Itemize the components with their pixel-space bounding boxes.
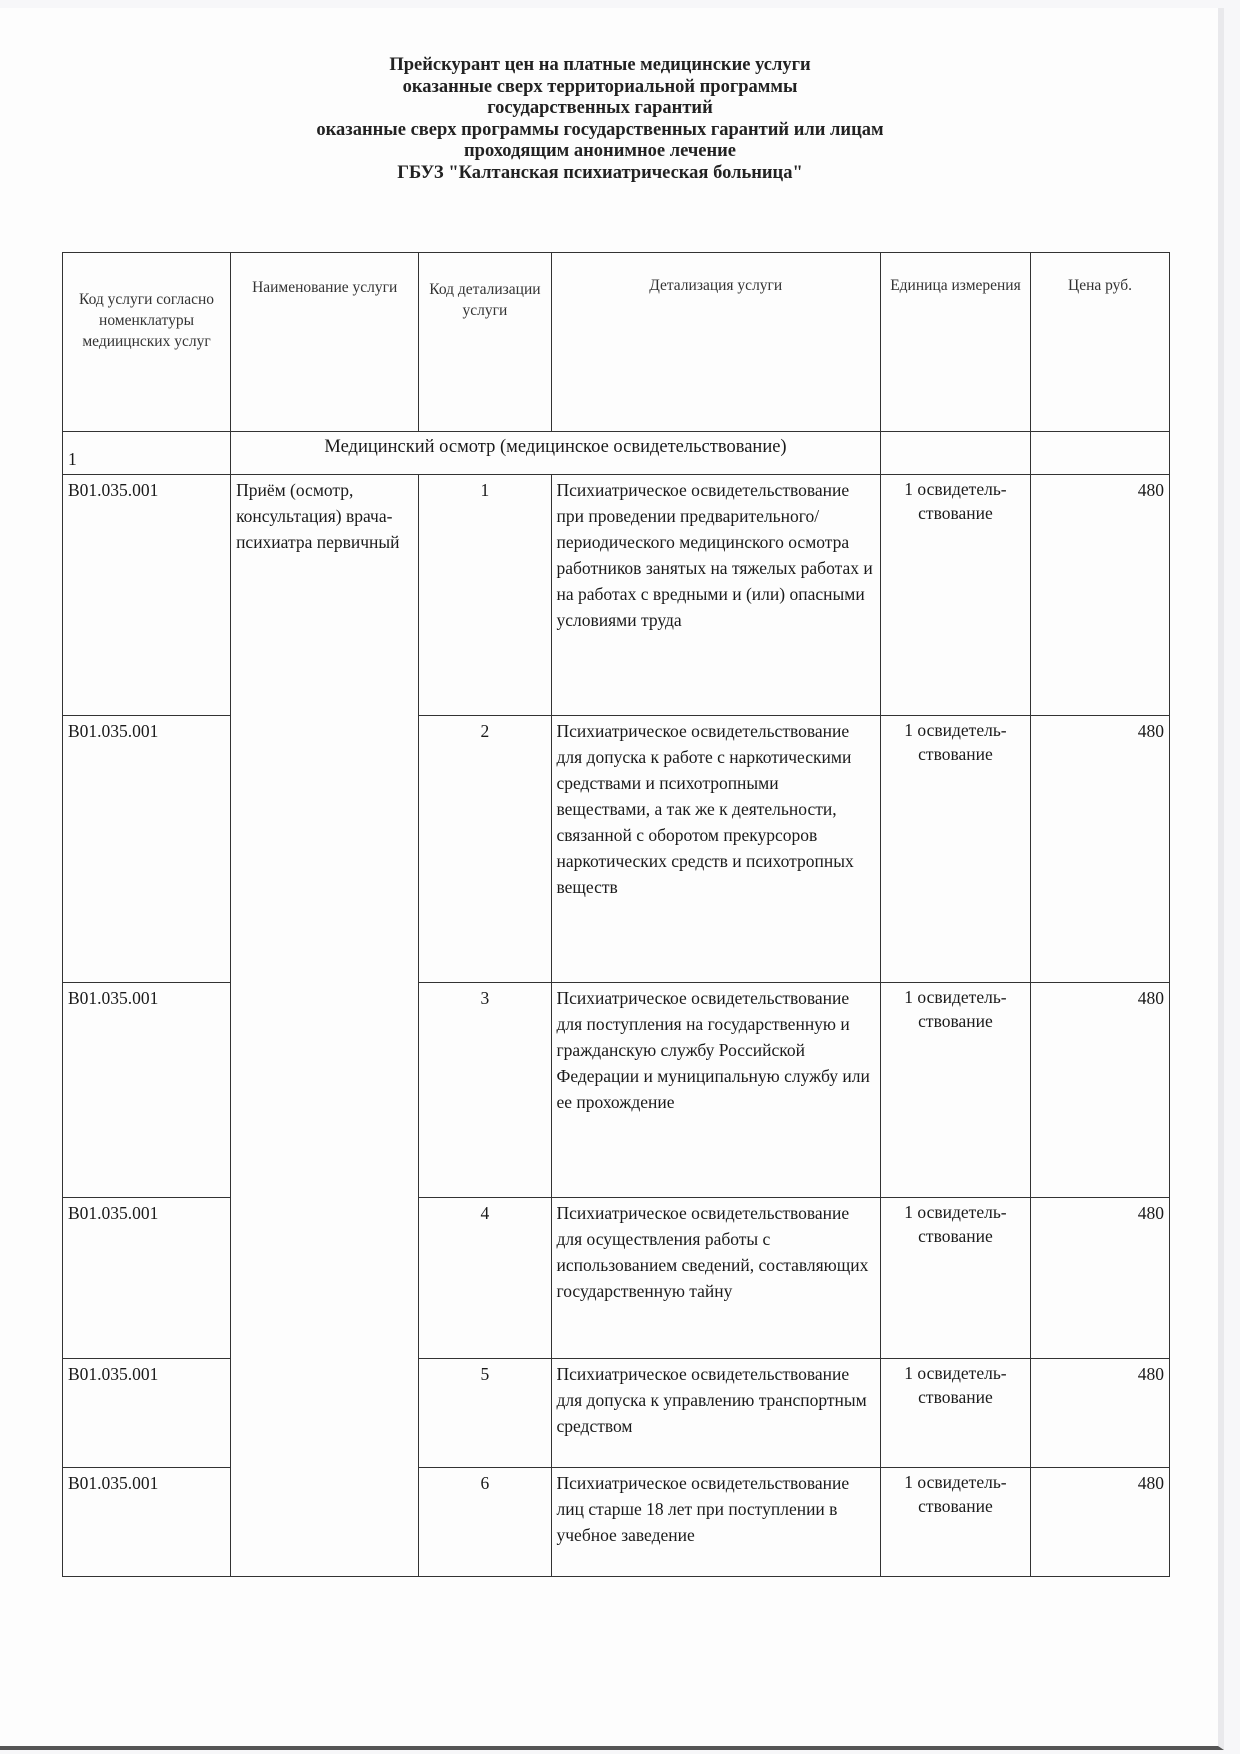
section-row: 1 Медицинский осмотр (медицинское освиде… bbox=[63, 432, 1170, 475]
service-name: Приём (осмотр, консультация) врача-психи… bbox=[231, 475, 419, 1577]
title-line: оказанные сверх территориальной программ… bbox=[150, 77, 1050, 99]
table-row: B01.035.001 3 Психиатрическое освидетель… bbox=[63, 983, 1170, 1198]
document-title: Прейскурант цен на платные медицинские у… bbox=[150, 55, 1050, 184]
detail-description: Психиатрическое освидетельствование для … bbox=[551, 1198, 880, 1359]
service-code: B01.035.001 bbox=[63, 1468, 231, 1577]
section-number: 1 bbox=[63, 432, 231, 475]
table-row: B01.035.001 5 Психиатрическое освидетель… bbox=[63, 1359, 1170, 1468]
detail-code: 4 bbox=[419, 1198, 551, 1359]
title-line: Прейскурант цен на платные медицинские у… bbox=[150, 55, 1050, 77]
unit: 1 освидетель-ствование bbox=[880, 716, 1030, 983]
table-row: B01.035.001 Приём (осмотр, консультация)… bbox=[63, 475, 1170, 716]
unit: 1 освидетель-ствование bbox=[880, 475, 1030, 716]
table-row: B01.035.001 4 Психиатрическое освидетель… bbox=[63, 1198, 1170, 1359]
header-service-name: Наименование услуги bbox=[231, 253, 419, 432]
detail-code: 6 bbox=[419, 1468, 551, 1577]
header-service-code: Код услуги согласно номенклатуры медиицн… bbox=[63, 253, 231, 432]
detail-code: 3 bbox=[419, 983, 551, 1198]
title-line: оказанные сверх программы государственны… bbox=[150, 120, 1050, 142]
service-code: B01.035.001 bbox=[63, 1359, 231, 1468]
service-code: B01.035.001 bbox=[63, 983, 231, 1198]
price: 480 bbox=[1031, 1359, 1170, 1468]
service-code: B01.035.001 bbox=[63, 475, 231, 716]
price: 480 bbox=[1031, 716, 1170, 983]
price: 480 bbox=[1031, 1198, 1170, 1359]
header-price: Цена руб. bbox=[1031, 253, 1170, 432]
section-title: Медицинский осмотр (медицинское освидете… bbox=[231, 432, 881, 475]
detail-description: Психиатрическое освидетельствование лиц … bbox=[551, 1468, 880, 1577]
unit: 1 освидетель-ствование bbox=[880, 1468, 1030, 1577]
detail-description: Психиатрическое освидетельствование для … bbox=[551, 983, 880, 1198]
unit: 1 освидетель-ствование bbox=[880, 1359, 1030, 1468]
price: 480 bbox=[1031, 1468, 1170, 1577]
detail-description: Психиатрическое освидетельствование при … bbox=[551, 475, 880, 716]
header-detail: Детализация услуги bbox=[551, 253, 880, 432]
empty-cell bbox=[1031, 432, 1170, 475]
price: 480 bbox=[1031, 983, 1170, 1198]
unit: 1 освидетель-ствование bbox=[880, 983, 1030, 1198]
table-header-row: Код услуги согласно номенклатуры медиицн… bbox=[63, 253, 1170, 432]
document-page: Прейскурант цен на платные медицинские у… bbox=[0, 8, 1224, 1750]
detail-code: 2 bbox=[419, 716, 551, 983]
detail-description: Психиатрическое освидетельствование для … bbox=[551, 1359, 880, 1468]
empty-cell bbox=[880, 432, 1030, 475]
title-line: ГБУЗ "Калтанская психиатрическая больниц… bbox=[150, 163, 1050, 185]
unit: 1 освидетель-ствование bbox=[880, 1198, 1030, 1359]
header-unit: Единица измерения bbox=[880, 253, 1030, 432]
detail-description: Психиатрическое освидетельствование для … bbox=[551, 716, 880, 983]
service-code: B01.035.001 bbox=[63, 1198, 231, 1359]
price: 480 bbox=[1031, 475, 1170, 716]
header-detail-code: Код детализации услуги bbox=[419, 253, 551, 432]
service-code: B01.035.001 bbox=[63, 716, 231, 983]
title-line: государственных гарантий bbox=[150, 98, 1050, 120]
table-row: B01.035.001 6 Психиатрическое освидетель… bbox=[63, 1468, 1170, 1577]
detail-code: 5 bbox=[419, 1359, 551, 1468]
table-row: B01.035.001 2 Психиатрическое освидетель… bbox=[63, 716, 1170, 983]
price-list-table: Код услуги согласно номенклатуры медиицн… bbox=[62, 252, 1170, 1577]
title-line: проходящим анонимное лечение bbox=[150, 141, 1050, 163]
detail-code: 1 bbox=[419, 475, 551, 716]
